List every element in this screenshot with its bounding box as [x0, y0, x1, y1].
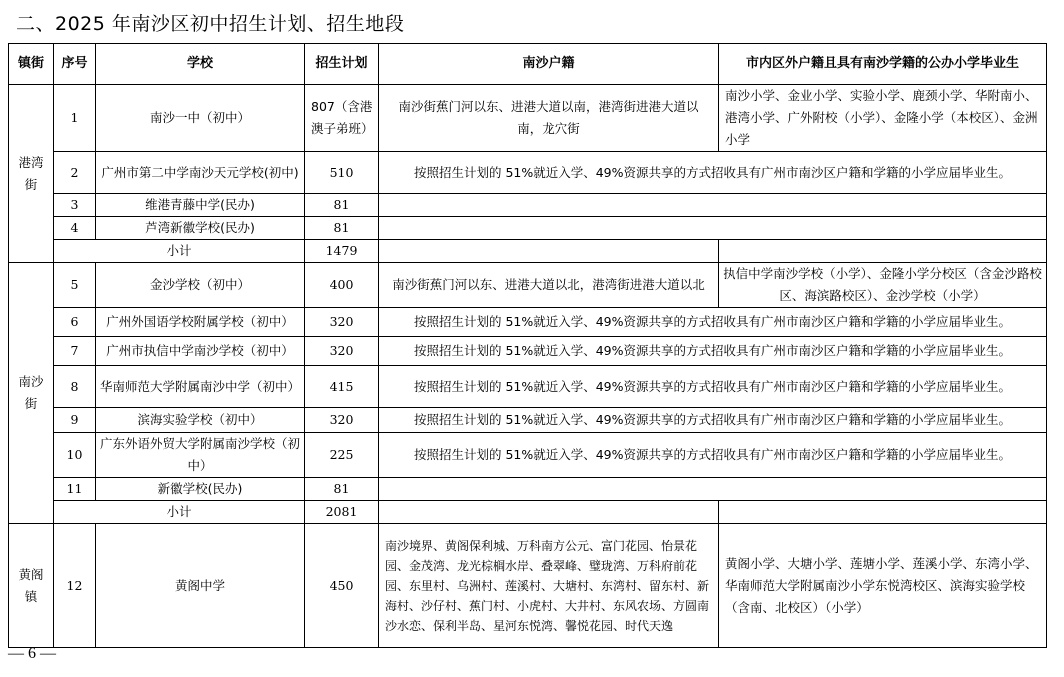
shared-rule-cell: 按照招生计划的 51%就近入学、49%资源共享的方式招收具有广州市南沙区户籍和学…	[379, 433, 1047, 478]
plan-cell: 81	[305, 217, 379, 240]
nansha-hukou-cell: 南沙街蕉门河以东、进港大道以南，港湾街进港大道以南，龙穴街	[379, 85, 719, 152]
subtotal-row: 小计 2081	[9, 501, 1047, 524]
index-cell: 9	[54, 408, 96, 433]
plan-cell: 320	[305, 337, 379, 366]
shared-rule-cell: 按照招生计划的 51%就近入学、49%资源共享的方式招收具有广州市南沙区户籍和学…	[379, 408, 1047, 433]
table-header-row: 镇街 序号 学校 招生计划 南沙户籍 市内区外户籍且具有南沙学籍的公办小学毕业生	[9, 44, 1047, 85]
plan-cell: 415	[305, 366, 379, 408]
school-cell: 维港青藤中学(民办)	[96, 194, 305, 217]
empty-cell	[379, 194, 1047, 217]
page-title: 二、2025 年南沙区初中招生计划、招生地段	[16, 9, 404, 36]
table-row: 2 广州市第二中学南沙天元学校(初中) 510 按照招生计划的 51%就近入学、…	[9, 152, 1047, 194]
index-cell: 3	[54, 194, 96, 217]
header-plan: 招生计划	[305, 44, 379, 85]
nansha-hukou-cell: 南沙街蕉门河以东、进港大道以北，港湾街进港大道以北	[379, 263, 719, 308]
district-cell: 港湾街	[9, 85, 54, 263]
plan-cell: 225	[305, 433, 379, 478]
index-cell: 4	[54, 217, 96, 240]
plan-cell: 320	[305, 308, 379, 337]
school-cell: 广州市执信中学南沙学校（初中）	[96, 337, 305, 366]
shared-rule-cell: 按照招生计划的 51%就近入学、49%资源共享的方式招收具有广州市南沙区户籍和学…	[379, 308, 1047, 337]
index-cell: 11	[54, 478, 96, 501]
header-nansha-hukou: 南沙户籍	[379, 44, 719, 85]
plan-cell: 81	[305, 194, 379, 217]
subtotal-value: 2081	[305, 501, 379, 524]
school-cell: 广东外语外贸大学附属南沙学校（初中）	[96, 433, 305, 478]
school-cell: 广州外国语学校附属学校（初中）	[96, 308, 305, 337]
school-cell: 新徽学校(民办)	[96, 478, 305, 501]
table-row: 9 滨海实验学校（初中） 320 按照招生计划的 51%就近入学、49%资源共享…	[9, 408, 1047, 433]
table-row: 11 新徽学校(民办) 81	[9, 478, 1047, 501]
subtotal-label: 小计	[54, 501, 305, 524]
enrollment-table: 镇街 序号 学校 招生计划 南沙户籍 市内区外户籍且具有南沙学籍的公办小学毕业生…	[8, 43, 1047, 648]
table-row: 10 广东外语外贸大学附属南沙学校（初中） 225 按照招生计划的 51%就近入…	[9, 433, 1047, 478]
subtotal-label: 小计	[54, 240, 305, 263]
subtotal-value: 1479	[305, 240, 379, 263]
other-hukou-cell: 黄阁小学、大塘小学、莲塘小学、莲溪小学、东湾小学、华南师范大学附属南沙小学东悦湾…	[719, 524, 1047, 648]
plan-cell: 510	[305, 152, 379, 194]
header-index: 序号	[54, 44, 96, 85]
index-cell: 6	[54, 308, 96, 337]
other-hukou-cell: 南沙小学、金业小学、实验小学、鹿颈小学、华附南小、港湾小学、广外附校（小学）、金…	[719, 85, 1047, 152]
empty-cell	[379, 217, 1047, 240]
plan-cell: 320	[305, 408, 379, 433]
table-row: 黄阁镇 12 黄阁中学 450 南沙境界、黄阁保利城、万科南方公元、富门花园、怡…	[9, 524, 1047, 648]
table-row: 6 广州外国语学校附属学校（初中） 320 按照招生计划的 51%就近入学、49…	[9, 308, 1047, 337]
header-school: 学校	[96, 44, 305, 85]
table-row: 4 芦湾新徽学校(民办) 81	[9, 217, 1047, 240]
table-row: 港湾街 1 南沙一中（初中） 807（含港澳子弟班） 南沙街蕉门河以东、进港大道…	[9, 85, 1047, 152]
table-row: 8 华南师范大学附属南沙中学（初中） 415 按照招生计划的 51%就近入学、4…	[9, 366, 1047, 408]
school-cell: 金沙学校（初中）	[96, 263, 305, 308]
plan-cell: 450	[305, 524, 379, 648]
empty-cell	[379, 240, 719, 263]
index-cell: 1	[54, 85, 96, 152]
other-hukou-cell: 执信中学南沙学校（小学）、金隆小学分校区（含金沙路校区、海滨路校区）、金沙学校（…	[719, 263, 1047, 308]
plan-cell: 81	[305, 478, 379, 501]
district-cell: 南沙街	[9, 263, 54, 524]
table-row: 3 维港青藤中学(民办) 81	[9, 194, 1047, 217]
shared-rule-cell: 按照招生计划的 51%就近入学、49%资源共享的方式招收具有广州市南沙区户籍和学…	[379, 152, 1047, 194]
shared-rule-cell: 按照招生计划的 51%就近入学、49%资源共享的方式招收具有广州市南沙区户籍和学…	[379, 337, 1047, 366]
table-row: 南沙街 5 金沙学校（初中） 400 南沙街蕉门河以东、进港大道以北，港湾街进港…	[9, 263, 1047, 308]
school-cell: 华南师范大学附属南沙中学（初中）	[96, 366, 305, 408]
shared-rule-cell: 按照招生计划的 51%就近入学、49%资源共享的方式招收具有广州市南沙区户籍和学…	[379, 366, 1047, 408]
school-cell: 黄阁中学	[96, 524, 305, 648]
plan-cell: 807（含港澳子弟班）	[305, 85, 379, 152]
nansha-hukou-cell: 南沙境界、黄阁保利城、万科南方公元、富门花园、怡景花园、金茂湾、龙光棕榈水岸、叠…	[379, 524, 719, 648]
index-cell: 7	[54, 337, 96, 366]
school-cell: 芦湾新徽学校(民办)	[96, 217, 305, 240]
subtotal-row: 小计 1479	[9, 240, 1047, 263]
index-cell: 5	[54, 263, 96, 308]
empty-cell	[379, 478, 1047, 501]
empty-cell	[719, 501, 1047, 524]
school-cell: 南沙一中（初中）	[96, 85, 305, 152]
index-cell: 10	[54, 433, 96, 478]
index-cell: 12	[54, 524, 96, 648]
school-cell: 滨海实验学校（初中）	[96, 408, 305, 433]
header-district: 镇街	[9, 44, 54, 85]
index-cell: 8	[54, 366, 96, 408]
table-row: 7 广州市执信中学南沙学校（初中） 320 按照招生计划的 51%就近入学、49…	[9, 337, 1047, 366]
school-cell: 广州市第二中学南沙天元学校(初中)	[96, 152, 305, 194]
index-cell: 2	[54, 152, 96, 194]
empty-cell	[379, 501, 719, 524]
district-cell: 黄阁镇	[9, 524, 54, 648]
header-other-hukou: 市内区外户籍且具有南沙学籍的公办小学毕业生	[719, 44, 1047, 85]
plan-cell: 400	[305, 263, 379, 308]
empty-cell	[719, 240, 1047, 263]
page-number: — 6 —	[8, 645, 56, 663]
